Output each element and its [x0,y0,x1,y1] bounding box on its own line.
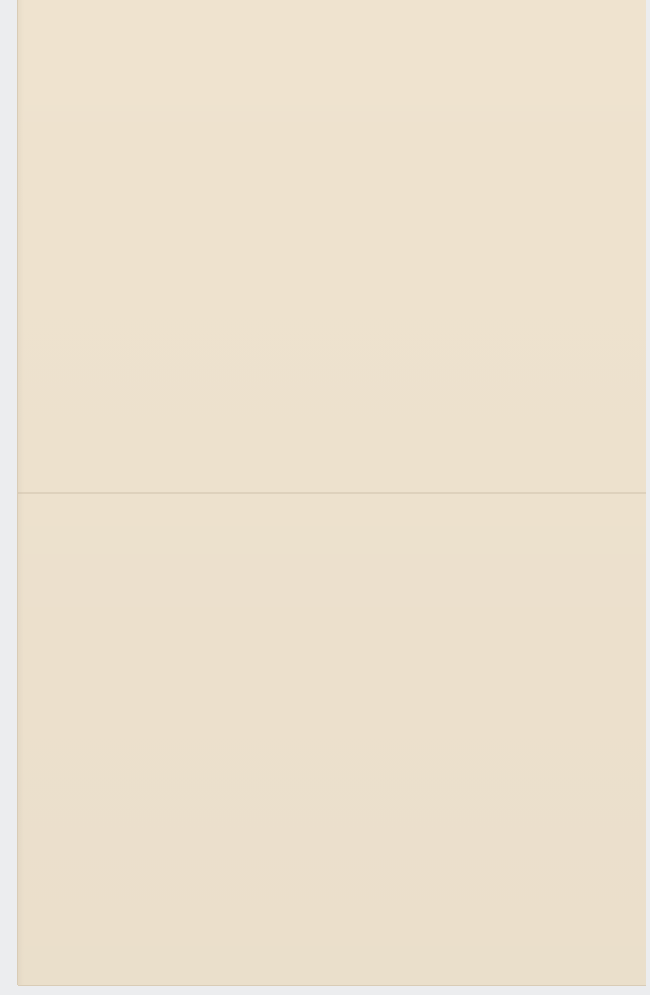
paper-fold [18,492,646,494]
